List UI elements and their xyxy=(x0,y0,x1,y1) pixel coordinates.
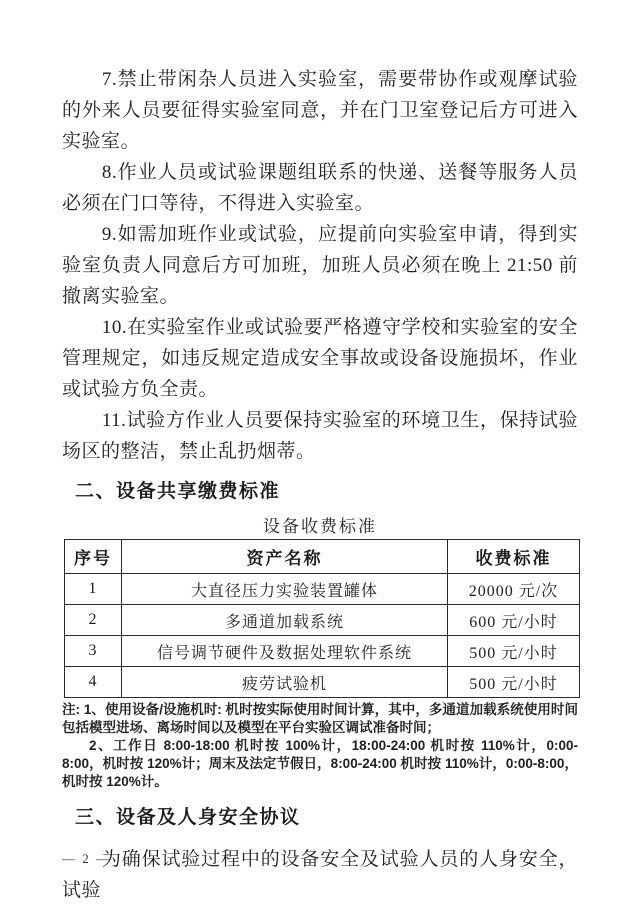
rule-paragraph-11: 11.试验方作业人员要保持实验室的环境卫生，保持试验场区的整洁，禁止乱扔烟蒂。 xyxy=(62,405,578,467)
cell-serial: 3 xyxy=(65,636,122,667)
cell-fee-standard: 20000 元/次 xyxy=(448,574,580,605)
section-heading-safety: 三、设备及人身安全协议 xyxy=(75,805,578,831)
rule-paragraph-8: 8.作业人员或试验课题组联系的快递、送餐等服务人员必须在门口等待，不得进入实验室… xyxy=(62,157,578,219)
safety-intro-paragraph: 为确保试验过程中的设备安全及试验人员的人身安全，试验 xyxy=(62,844,578,904)
rule-paragraph-7: 7.禁止带闲杂人员进入实验室，需要带协作或观摩试验的外来人员要征得实验室同意，并… xyxy=(62,64,578,157)
rule-paragraph-9: 9.如需加班作业或试验，应提前向实验室申请，得到实验室负责人同意后方可加班，加班… xyxy=(62,219,578,312)
cell-serial: 4 xyxy=(65,667,122,698)
page-content: 7.禁止带闲杂人员进入实验室，需要带协作或观摩试验的外来人员要征得实验室同意，并… xyxy=(62,64,578,904)
document-page: 7.禁止带闲杂人员进入实验室，需要带协作或观摩试验的外来人员要征得实验室同意，并… xyxy=(0,0,639,904)
rule-paragraph-10: 10.在实验室作业或试验要严格遵守学校和实验室的安全管理规定，如违反规定造成安全… xyxy=(62,312,578,405)
cell-serial: 2 xyxy=(65,605,122,636)
cell-serial: 1 xyxy=(65,574,122,605)
table-row: 4 疲劳试验机 500 元/小时 xyxy=(65,667,580,698)
cell-fee-standard: 500 元/小时 xyxy=(448,636,580,667)
fee-table-title: 设备收费标准 xyxy=(62,516,578,538)
table-note-2: 2、工作日 8:00-18:00 机时按 100%计，18:00-24:00 机… xyxy=(62,737,578,791)
header-cell-serial: 序号 xyxy=(65,540,122,574)
fee-table: 序号 资产名称 收费标准 1 大直径压力实验装置罐体 20000 元/次 2 多… xyxy=(64,539,580,698)
page-number: — 2 — xyxy=(62,851,111,867)
cell-fee-standard: 600 元/小时 xyxy=(448,605,580,636)
cell-fee-standard: 500 元/小时 xyxy=(448,667,580,698)
table-row: 2 多通道加载系统 600 元/小时 xyxy=(65,605,580,636)
cell-asset-name: 疲劳试验机 xyxy=(122,667,448,698)
table-row: 1 大直径压力实验装置罐体 20000 元/次 xyxy=(65,574,580,605)
cell-asset-name: 大直径压力实验装置罐体 xyxy=(122,574,448,605)
section-heading-fees: 二、设备共享缴费标准 xyxy=(75,479,578,505)
header-cell-asset-name: 资产名称 xyxy=(122,540,448,574)
header-cell-fee-standard: 收费标准 xyxy=(448,540,580,574)
cell-asset-name: 多通道加载系统 xyxy=(122,605,448,636)
fee-table-header-row: 序号 资产名称 收费标准 xyxy=(65,540,580,574)
table-row: 3 信号调节硬件及数据处理软件系统 500 元/小时 xyxy=(65,636,580,667)
table-note-1: 注: 1、使用设备/设施机时: 机时按实际使用时间计算，其中，多通道加载系统使用… xyxy=(62,701,578,737)
cell-asset-name: 信号调节硬件及数据处理软件系统 xyxy=(122,636,448,667)
